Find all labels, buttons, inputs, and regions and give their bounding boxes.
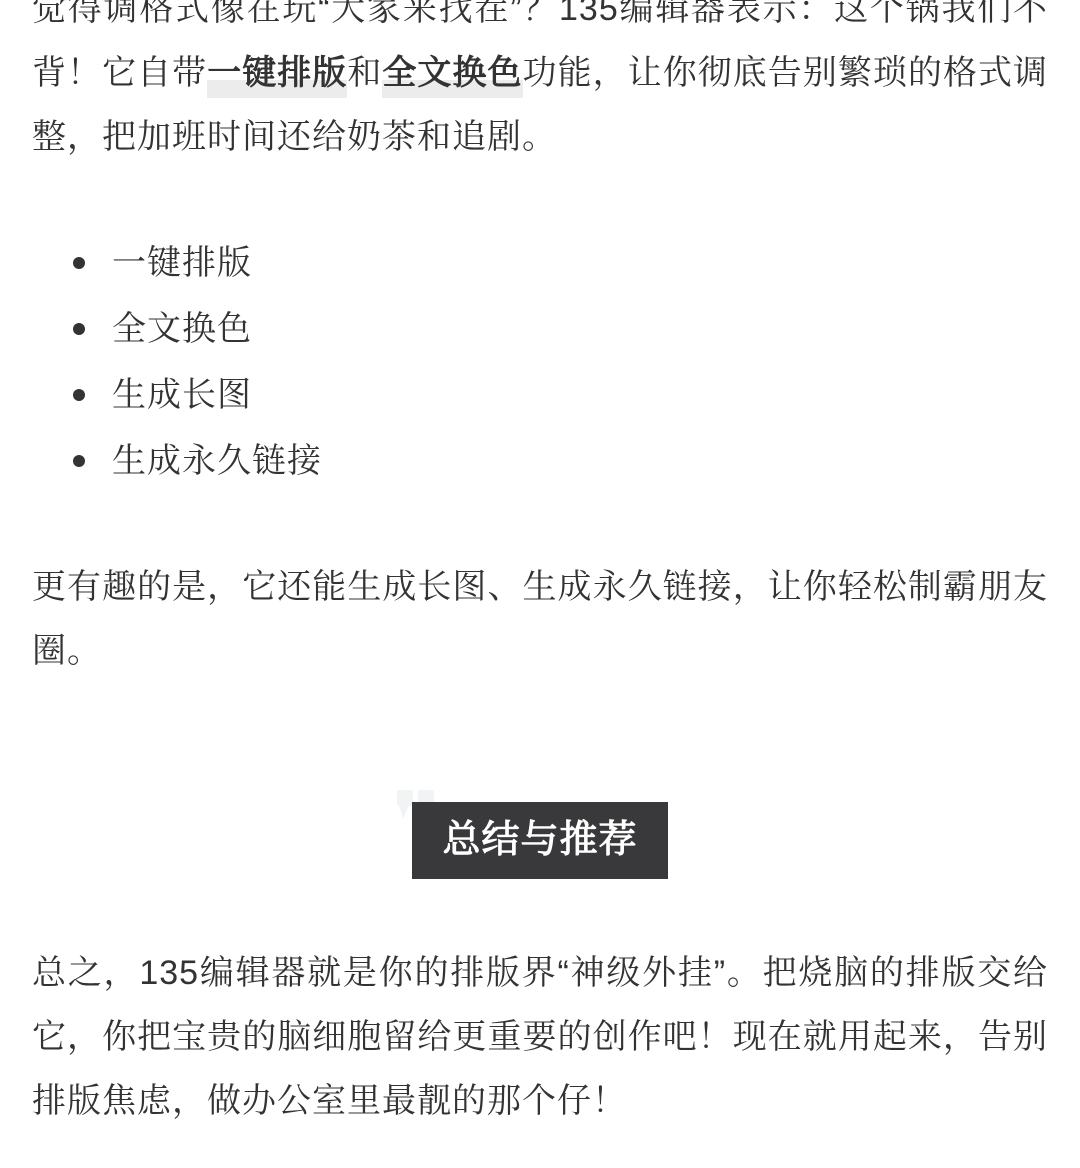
list-item: 一键排版 <box>32 230 1048 296</box>
list-item: 生成永久链接 <box>32 428 1048 494</box>
list-item: 生成长图 <box>32 362 1048 428</box>
highlight-term-one-click-layout: 一键排版 <box>207 54 347 98</box>
section-title-text: 总结与推荐 <box>442 819 637 861</box>
closing-paragraph: 总之，135编辑器就是你的排版界“神级外挂”。把烧脑的排版交给它，你把宝贵的脑细… <box>32 941 1048 1133</box>
section-heading: 总结与推荐 <box>32 802 1048 879</box>
article-body: 觉得调格式像在玩“大家来找茬”？135编辑器表示：这个锅我们不背！它自带一键排版… <box>0 0 1080 1133</box>
middle-paragraph: 更有趣的是，它还能生成长图、生成永久链接，让你轻松制霸朋友圈。 <box>32 555 1048 683</box>
intro-paragraph: 觉得调格式像在玩“大家来找茬”？135编辑器表示：这个锅我们不背！它自带一键排版… <box>32 0 1048 169</box>
list-item: 全文换色 <box>32 296 1048 362</box>
section-title-box: 总结与推荐 <box>412 802 667 879</box>
highlight-term-full-text-recolor: 全文换色 <box>382 54 522 98</box>
intro-paragraph-connector: 和 <box>347 54 382 92</box>
article-page: 觉得调格式像在玩“大家来找茬”？135编辑器表示：这个锅我们不背！它自带一键排版… <box>0 0 1080 1168</box>
section-title-wrap: 总结与推荐 <box>412 802 667 879</box>
feature-list: 一键排版 全文换色 生成长图 生成永久链接 <box>32 230 1048 494</box>
